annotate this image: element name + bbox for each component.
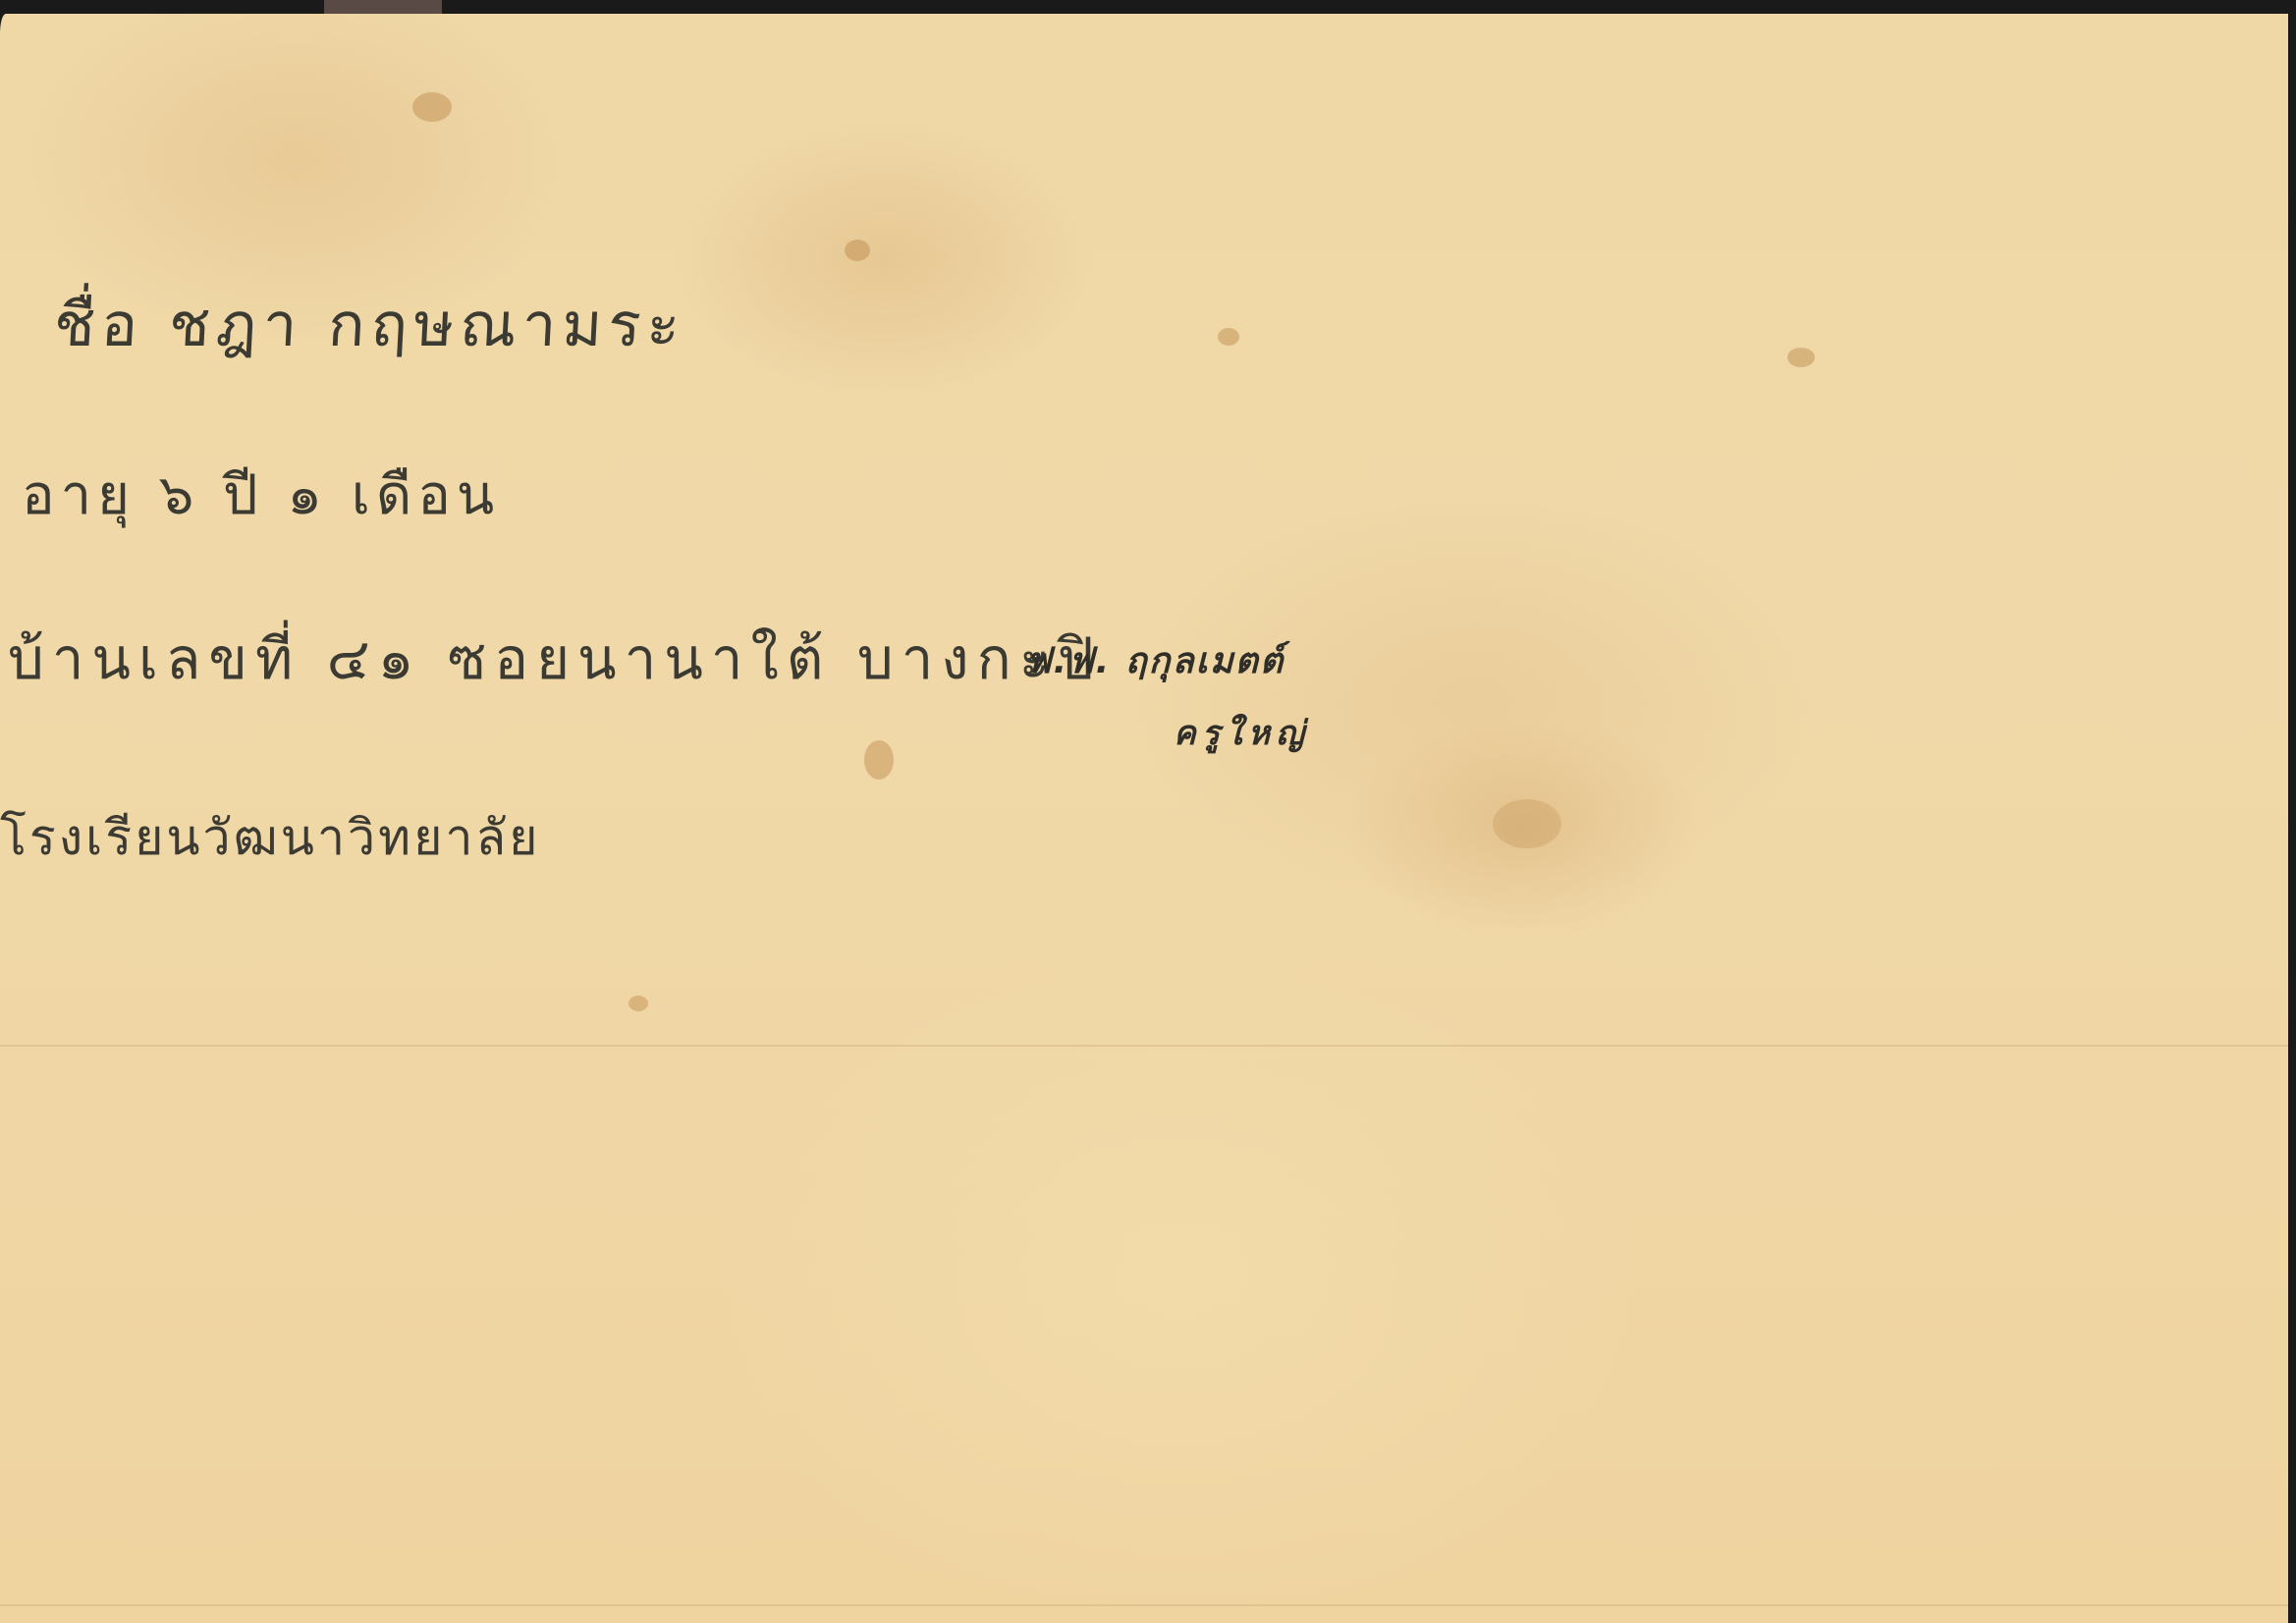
- stain: [629, 996, 648, 1011]
- signature-title: ครูใหญ่: [1174, 706, 1310, 759]
- name-line: ชื่อ ชฎา กฤษณามระ: [51, 277, 687, 373]
- age-line: อายุ ๖ ปี ๑ เดือน: [22, 451, 500, 538]
- paper-fold-line: [0, 1045, 2288, 1047]
- stain: [845, 240, 870, 261]
- school-line: โรงเรียนวัฒนาวิทยาลัย: [0, 799, 540, 877]
- stain: [1787, 348, 1815, 367]
- scan-background-tab: [324, 0, 442, 14]
- stain: [1493, 799, 1561, 848]
- stain: [412, 92, 452, 122]
- aged-paper-sheet: ชื่อ ชฎา กฤษณามระ อายุ ๖ ปี ๑ เดือน บ้าน…: [0, 14, 2288, 1623]
- stain: [864, 740, 894, 780]
- signature-name: ฟ.ฟ. ฤกุลเมตต์: [1026, 632, 1285, 688]
- stain: [1218, 328, 1239, 346]
- paper-fold-line: [0, 1604, 2288, 1606]
- address-line: บ้านเลขที่ ๔๑ ซอยนานาใต้ บางกะปิ: [8, 613, 1102, 704]
